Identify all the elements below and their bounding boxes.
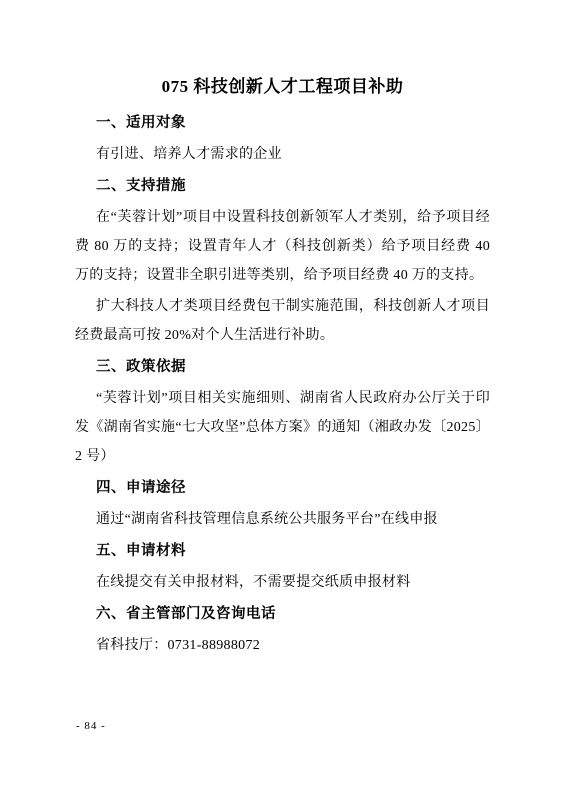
- document-page: 075 科技创新人才工程项目补助 一、适用对象 有引进、培养人才需求的企业 二、…: [0, 0, 561, 793]
- section-support-measures: 二、支持措施 在“芙蓉计划”项目中设置科技创新领军人才类别，给予项目经费 80 …: [75, 172, 490, 350]
- section-application-materials: 五、申请材料 在线提交有关申报材料，不需要提交纸质申报材料: [75, 537, 490, 597]
- section-heading: 一、适用对象: [75, 109, 490, 138]
- paragraph: “芙蓉计划”项目相关实施细则、湖南省人民政府办公厅关于印发《湖南省实施“七大攻坚…: [75, 384, 490, 471]
- paragraph: 省科技厅：0731-88988072: [75, 631, 490, 660]
- section-heading: 二、支持措施: [75, 172, 490, 201]
- paragraph: 通过“湖南省科技管理信息系统公共服务平台”在线申报: [75, 505, 490, 534]
- paragraph: 在线提交有关申报材料，不需要提交纸质申报材料: [75, 568, 490, 597]
- section-applicable-targets: 一、适用对象 有引进、培养人才需求的企业: [75, 109, 490, 169]
- page-number: - 84 -: [76, 719, 106, 733]
- paragraph: 扩大科技人才类项目经费包干制实施范围，科技创新人才项目经费最高可按 20%对个人…: [75, 292, 490, 350]
- section-heading: 三、政策依据: [75, 353, 490, 382]
- paragraph: 有引进、培养人才需求的企业: [75, 140, 490, 169]
- section-heading: 四、申请途径: [75, 474, 490, 503]
- section-policy-basis: 三、政策依据 “芙蓉计划”项目相关实施细则、湖南省人民政府办公厅关于印发《湖南省…: [75, 353, 490, 471]
- section-heading: 六、省主管部门及咨询电话: [75, 600, 490, 629]
- document-title: 075 科技创新人才工程项目补助: [75, 72, 490, 102]
- paragraph: 在“芙蓉计划”项目中设置科技创新领军人才类别，给予项目经费 80 万的支持；设置…: [75, 203, 490, 290]
- section-contact-department: 六、省主管部门及咨询电话 省科技厅：0731-88988072: [75, 600, 490, 660]
- document-content: 075 科技创新人才工程项目补助 一、适用对象 有引进、培养人才需求的企业 二、…: [75, 72, 490, 660]
- section-heading: 五、申请材料: [75, 537, 490, 566]
- section-application-channel: 四、申请途径 通过“湖南省科技管理信息系统公共服务平台”在线申报: [75, 474, 490, 534]
